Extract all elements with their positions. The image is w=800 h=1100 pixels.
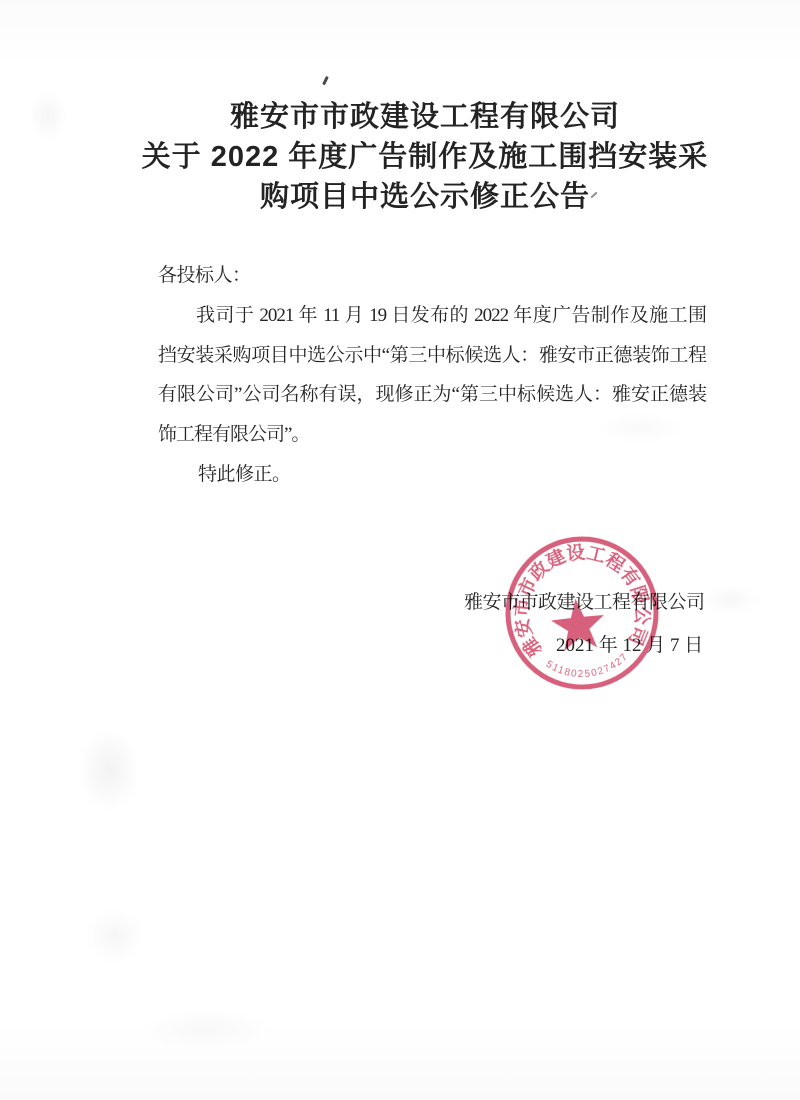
paragraph-line: 我司于 2021 年 11 月 19 日发布的 2022 年度广告制作及施工围: [158, 303, 706, 329]
svg-text:雅安市市政建设工程有限公司: 雅安市市政建设工程有限公司: [503, 535, 657, 662]
title-line-1: 雅安市市政建设工程有限公司: [55, 97, 795, 137]
paragraph-line: 挡安装采购项目中选公示中“第三中标候选人：雅安市正德装饰工程: [158, 343, 706, 369]
paragraph-line: 饰工程有限公司”。: [158, 422, 706, 448]
paragraph-line: 有限公司”公司名称有误，现修正为“第三中标候选人：雅安正德装: [158, 382, 706, 408]
star-icon: [549, 596, 607, 652]
title-line-2: 关于 2022 年度广告制作及施工围挡安装采: [55, 137, 795, 177]
page-title: 雅安市市政建设工程有限公司 关于 2022 年度广告制作及施工围挡安装采 购项目…: [55, 97, 795, 217]
scan-smudge: [702, 585, 760, 615]
scan-smudge: [78, 728, 140, 812]
document-page: 雅安市市政建设工程有限公司 关于 2022 年度广告制作及施工围挡安装采 购项目…: [0, 0, 800, 1100]
scan-smudge: [86, 908, 144, 964]
seal-arc-text: 雅安市市政建设工程有限公司: [503, 535, 657, 662]
company-seal: 雅安市市政建设工程有限公司 5118025027427: [461, 492, 703, 734]
scan-tick-mark: [322, 76, 328, 85]
body-paragraph: 我司于 2021 年 11 月 19 日发布的 2022 年度广告制作及施工围 …: [158, 303, 706, 461]
title-line-3: 购项目中选公示修正公告: [55, 177, 795, 217]
salutation: 各投标人：: [158, 263, 251, 289]
closing-line: 特此修正。: [158, 462, 291, 488]
scan-smudge: [140, 1008, 270, 1050]
